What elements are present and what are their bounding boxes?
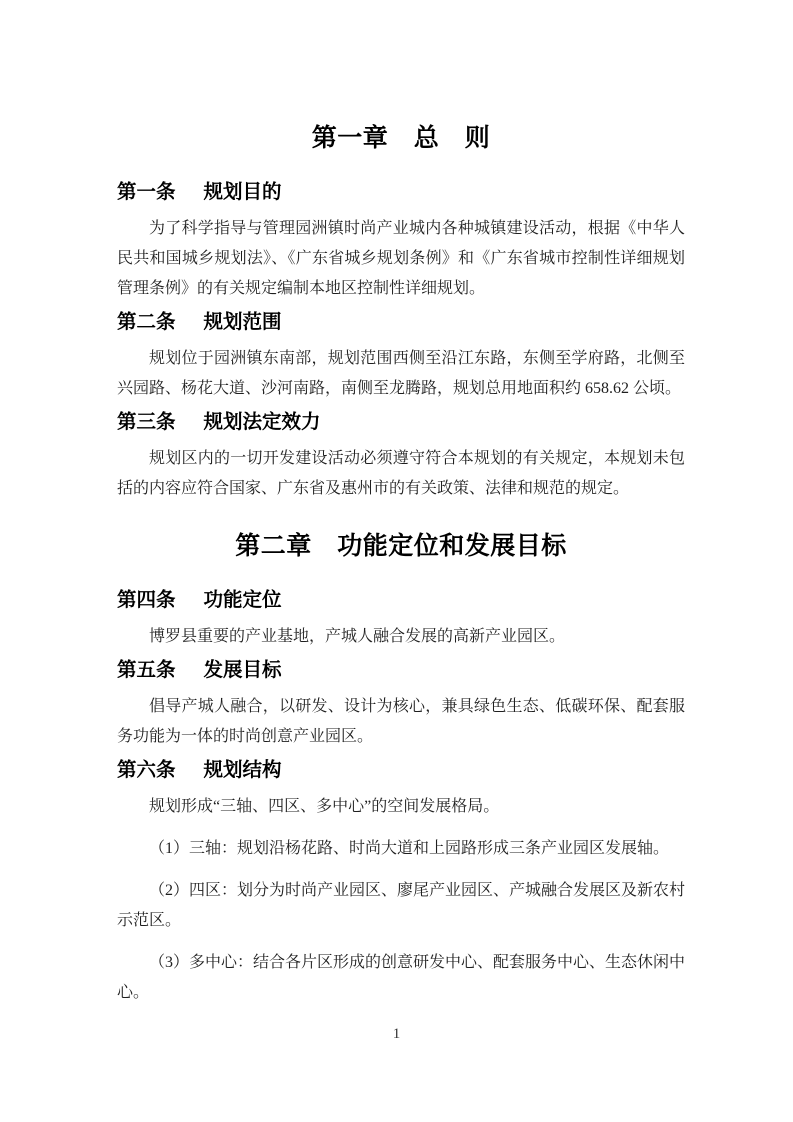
article-5-paragraph: 倡导产城人融合，以研发、设计为核心，兼具绿色生态、低碳环保、配套服务功能为一体的… — [117, 692, 685, 752]
article-6-item-3: （3）多中心：结合各片区形成的创意研发中心、配套服务中心、生态休闲中心。 — [117, 948, 685, 1008]
article-3-paragraph: 规划区内的一切开发建设活动必须遵守符合本规划的有关规定，本规划未包括的内容应符合… — [117, 444, 685, 504]
article-1-title: 规划目的 — [204, 178, 282, 206]
article-6-item-1: （1）三轴：规划沿杨花路、时尚大道和上园路形成三条产业园区发展轴。 — [117, 834, 685, 864]
article-6-number: 第六条 — [117, 756, 176, 784]
article-1: 第一条 规划目的 为了科学指导与管理园洲镇时尚产业城内各种城镇建设活动，根据《中… — [117, 178, 685, 304]
article-1-number: 第一条 — [117, 178, 176, 206]
chapter-2-title: 第二章 功能定位和发展目标 — [117, 530, 685, 562]
article-1-paragraph: 为了科学指导与管理园洲镇时尚产业城内各种城镇建设活动，根据《中华人民共和国城乡规… — [117, 214, 685, 304]
article-2-title: 规划范围 — [204, 308, 282, 336]
article-6: 第六条 规划结构 规划形成“三轴、四区、多中心”的空间发展格局。 （1）三轴：规… — [117, 756, 685, 1008]
article-1-heading: 第一条 规划目的 — [117, 178, 685, 206]
article-4: 第四条 功能定位 博罗县重要的产业基地，产城人融合发展的高新产业园区。 — [117, 586, 685, 652]
article-5: 第五条 发展目标 倡导产城人融合，以研发、设计为核心，兼具绿色生态、低碳环保、配… — [117, 656, 685, 752]
article-3-heading: 第三条 规划法定效力 — [117, 408, 685, 436]
chapter-2: 第二章 功能定位和发展目标 第四条 功能定位 博罗县重要的产业基地，产城人融合发… — [117, 530, 685, 1008]
page-number: 1 — [0, 1026, 793, 1043]
article-6-paragraph: 规划形成“三轴、四区、多中心”的空间发展格局。 — [117, 792, 685, 822]
article-6-item-2: （2）四区：划分为时尚产业园区、廖尾产业园区、产城融合发展区及新农村示范区。 — [117, 876, 685, 936]
article-2-heading: 第二条 规划范围 — [117, 308, 685, 336]
document-page: 第一章 总 则 第一条 规划目的 为了科学指导与管理园洲镇时尚产业城内各种城镇建… — [0, 0, 793, 1122]
article-2-number: 第二条 — [117, 308, 176, 336]
article-5-title: 发展目标 — [204, 656, 282, 684]
article-5-heading: 第五条 发展目标 — [117, 656, 685, 684]
article-3: 第三条 规划法定效力 规划区内的一切开发建设活动必须遵守符合本规划的有关规定，本… — [117, 408, 685, 504]
article-4-paragraph: 博罗县重要的产业基地，产城人融合发展的高新产业园区。 — [117, 622, 685, 652]
article-5-number: 第五条 — [117, 656, 176, 684]
chapter-1: 第一章 总 则 第一条 规划目的 为了科学指导与管理园洲镇时尚产业城内各种城镇建… — [117, 122, 685, 504]
article-6-title: 规划结构 — [204, 756, 282, 784]
article-4-number: 第四条 — [117, 586, 176, 614]
article-2-paragraph: 规划位于园洲镇东南部，规划范围西侧至沿江东路，东侧至学府路，北侧至兴园路、杨花大… — [117, 344, 685, 404]
chapter-1-title: 第一章 总 则 — [117, 122, 685, 154]
article-3-title: 规划法定效力 — [204, 408, 321, 436]
article-4-title: 功能定位 — [204, 586, 282, 614]
article-4-heading: 第四条 功能定位 — [117, 586, 685, 614]
article-3-number: 第三条 — [117, 408, 176, 436]
article-2: 第二条 规划范围 规划位于园洲镇东南部，规划范围西侧至沿江东路，东侧至学府路，北… — [117, 308, 685, 404]
article-6-heading: 第六条 规划结构 — [117, 756, 685, 784]
